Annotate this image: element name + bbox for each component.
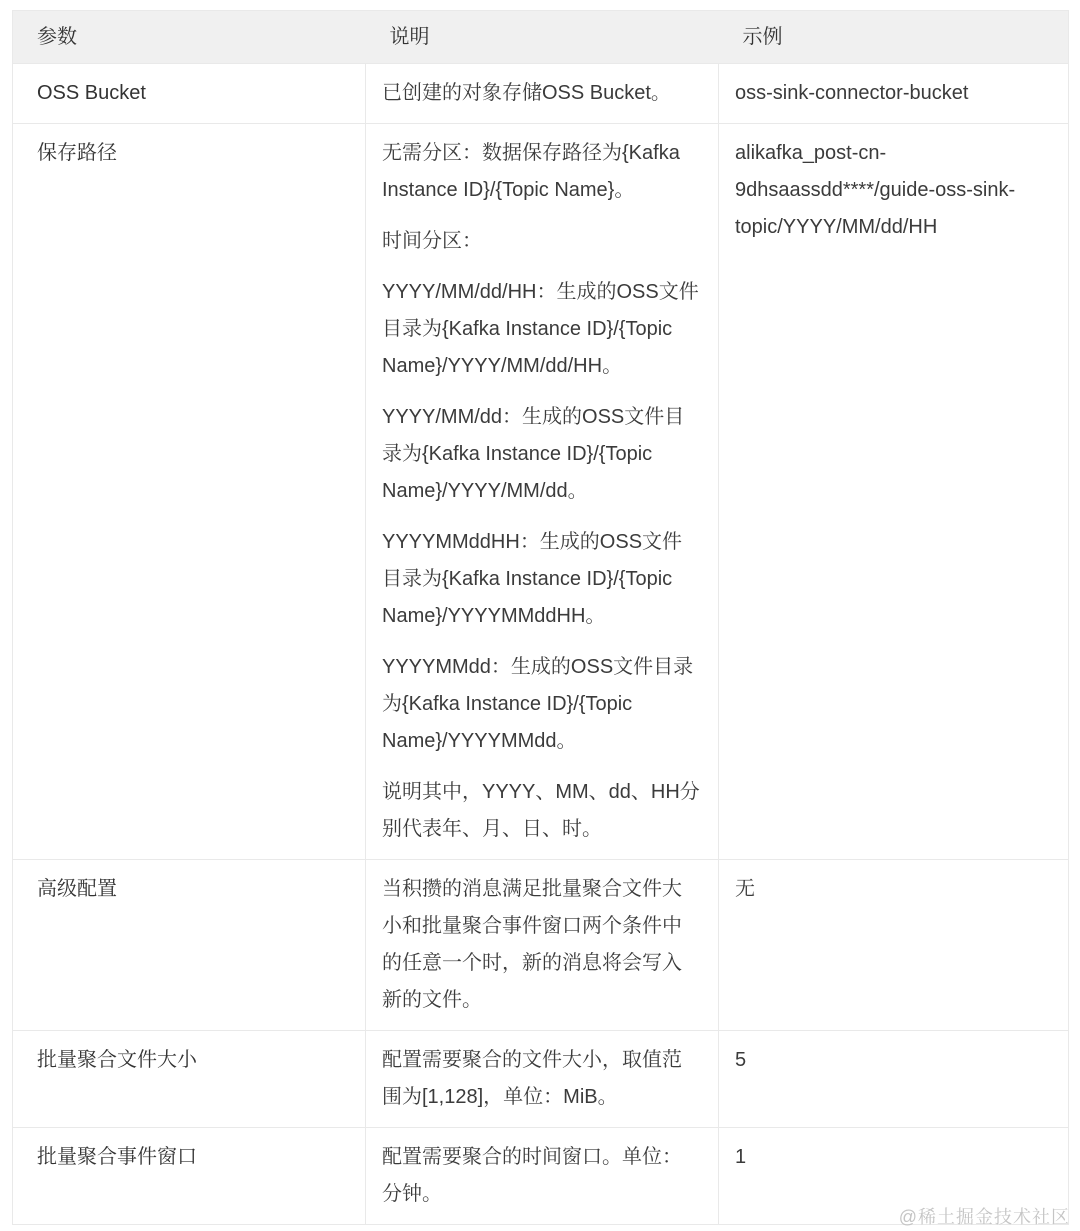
parameter-table: 参数 说明 示例 OSS Bucket 已创建的对象存储OSS Bucket。 … — [12, 10, 1069, 1225]
description-cell: 当积攒的消息满足批量聚合文件大小和批量聚合事件窗口两个条件中的任意一个时，新的消… — [366, 860, 719, 1031]
table-row: 保存路径 无需分区：数据保存路径为{Kafka Instance ID}/{To… — [13, 124, 1069, 860]
description-paragraph: YYYYMMddHH：生成的OSS文件目录为{Kafka Instance ID… — [382, 524, 700, 635]
table-row: OSS Bucket 已创建的对象存储OSS Bucket。 oss-sink-… — [13, 64, 1069, 124]
header-row: 参数 说明 示例 — [13, 11, 1069, 64]
description-paragraph: YYYYMMdd：生成的OSS文件目录为{Kafka Instance ID}/… — [382, 649, 700, 760]
description-paragraph: 配置需要聚合的时间窗口。单位：分钟。 — [382, 1139, 700, 1213]
table-body: OSS Bucket 已创建的对象存储OSS Bucket。 oss-sink-… — [13, 64, 1069, 1225]
description-paragraph: YYYY/MM/dd：生成的OSS文件目录为{Kafka Instance ID… — [382, 399, 700, 510]
description-cell: 无需分区：数据保存路径为{Kafka Instance ID}/{Topic N… — [366, 124, 719, 860]
parameter-doc-page: 参数 说明 示例 OSS Bucket 已创建的对象存储OSS Bucket。 … — [0, 0, 1080, 1231]
description-paragraph: YYYY/MM/dd/HH：生成的OSS文件目录为{Kafka Instance… — [382, 274, 700, 385]
example-cell: 5 — [719, 1031, 1069, 1128]
param-cell: 高级配置 — [13, 860, 366, 1031]
watermark: @稀土掘金技术社区 — [899, 1203, 1070, 1229]
example-cell: alikafka_post-cn-9dhsaassdd****/guide-os… — [719, 124, 1069, 860]
column-header-param: 参数 — [13, 11, 366, 64]
description-paragraph: 配置需要聚合的文件大小，取值范围为[1,128]，单位：MiB。 — [382, 1042, 700, 1116]
description-paragraph: 已创建的对象存储OSS Bucket。 — [382, 75, 700, 112]
table-row: 高级配置 当积攒的消息满足批量聚合文件大小和批量聚合事件窗口两个条件中的任意一个… — [13, 860, 1069, 1031]
param-cell: OSS Bucket — [13, 64, 366, 124]
table-header: 参数 说明 示例 — [13, 11, 1069, 64]
example-cell: oss-sink-connector-bucket — [719, 64, 1069, 124]
param-cell: 批量聚合事件窗口 — [13, 1128, 366, 1225]
param-cell: 保存路径 — [13, 124, 366, 860]
description-cell: 配置需要聚合的时间窗口。单位：分钟。 — [366, 1128, 719, 1225]
description-cell: 已创建的对象存储OSS Bucket。 — [366, 64, 719, 124]
description-paragraph: 时间分区： — [382, 223, 700, 260]
column-header-description: 说明 — [366, 11, 719, 64]
description-paragraph: 当积攒的消息满足批量聚合文件大小和批量聚合事件窗口两个条件中的任意一个时，新的消… — [382, 871, 700, 1019]
table-row: 批量聚合文件大小 配置需要聚合的文件大小，取值范围为[1,128]，单位：MiB… — [13, 1031, 1069, 1128]
description-paragraph: 说明其中，YYYY、MM、dd、HH分别代表年、月、日、时。 — [382, 774, 700, 848]
column-header-example: 示例 — [719, 11, 1069, 64]
description-paragraph: 无需分区：数据保存路径为{Kafka Instance ID}/{Topic N… — [382, 135, 700, 209]
param-cell: 批量聚合文件大小 — [13, 1031, 366, 1128]
description-cell: 配置需要聚合的文件大小，取值范围为[1,128]，单位：MiB。 — [366, 1031, 719, 1128]
example-cell: 无 — [719, 860, 1069, 1031]
